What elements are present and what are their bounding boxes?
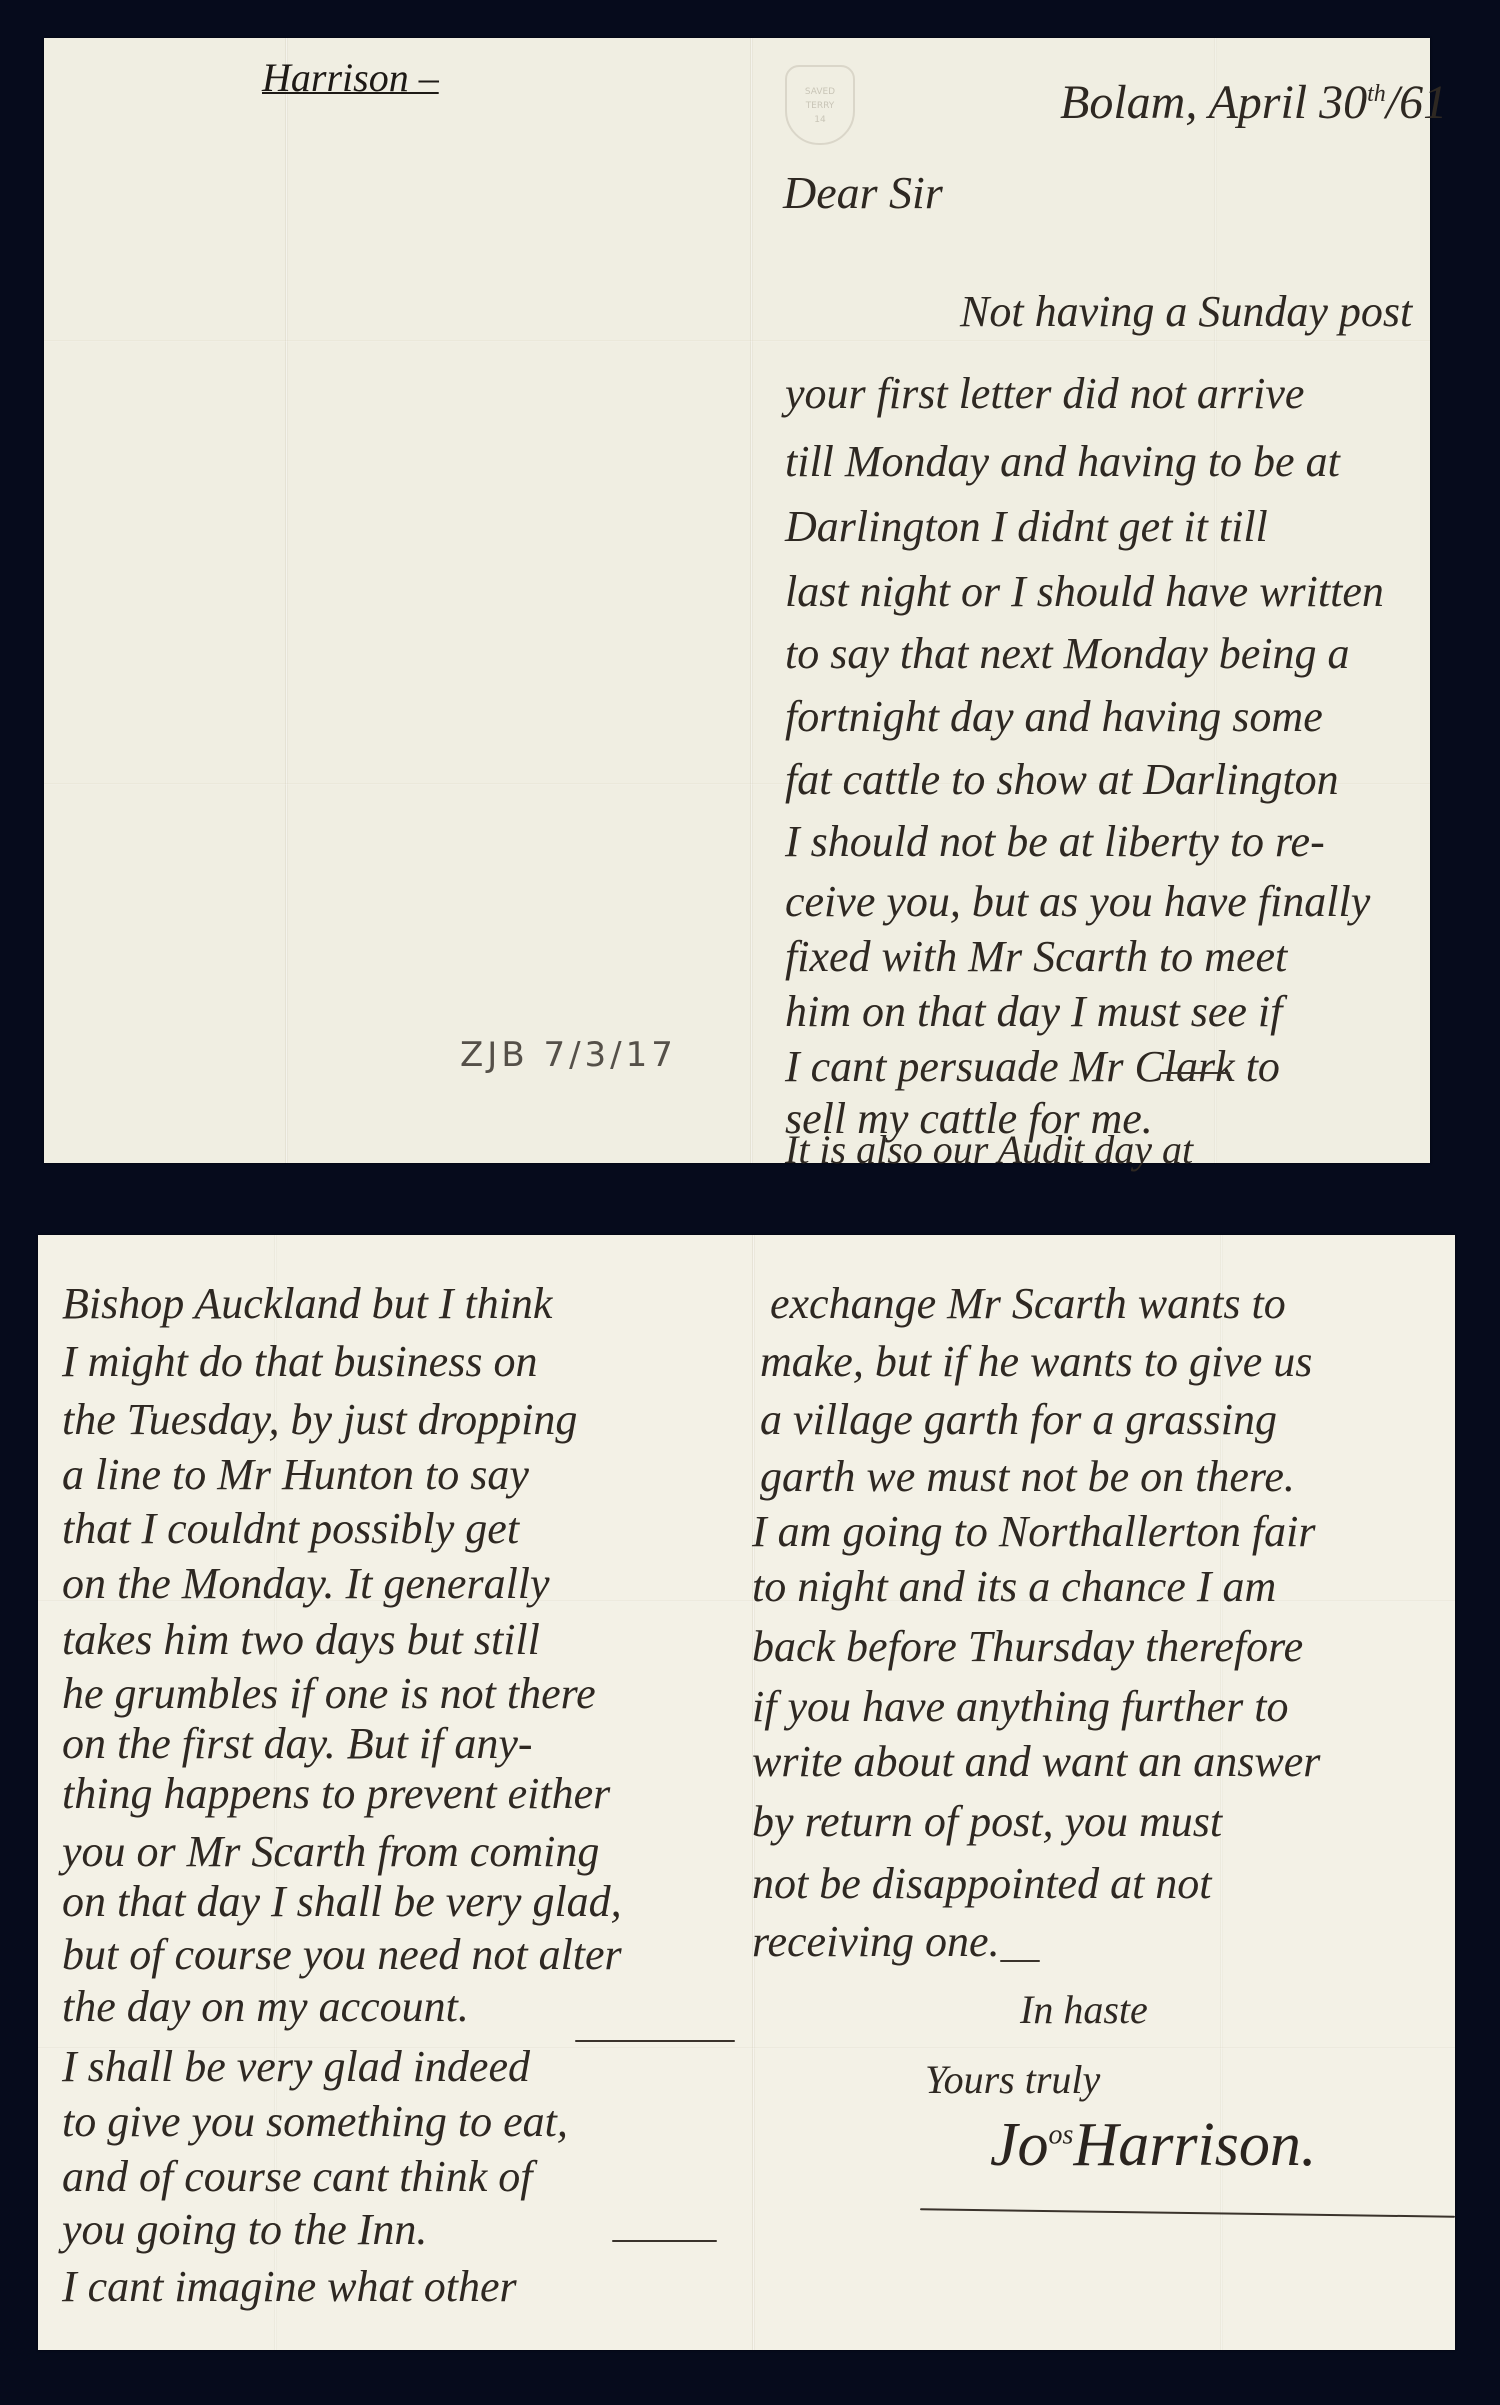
fold-crease [44, 340, 1430, 342]
emboss-text: 14 [787, 113, 853, 127]
text-line: I cant persuade Mr Clark to [785, 1045, 1280, 1089]
text-line: Bishop Auckland but I think [62, 1282, 552, 1326]
text-line: Darlington I didnt get it till [785, 505, 1268, 549]
center-fold-crease [752, 1235, 755, 2350]
text-line: you going to the Inn. [62, 2208, 427, 2252]
text-line: and of course cant think of [62, 2155, 533, 2199]
text-line: I am going to Northallerton fair [752, 1510, 1315, 1554]
text-line: on that day I shall be very glad, [62, 1880, 622, 1924]
text-line: make, but if he wants to give us [760, 1340, 1312, 1384]
text-line: I cant imagine what other [62, 2265, 517, 2309]
text-line: to night and its a chance I am [752, 1565, 1276, 1609]
text-line: I should not be at liberty to re- [785, 820, 1325, 864]
text-line: on the first day. But if any- [62, 1722, 533, 1766]
text-line: him on that day I must see if [785, 990, 1282, 1034]
text-line: a line to Mr Hunton to say [62, 1453, 529, 1497]
text-line: Not having a Sunday post [960, 290, 1412, 334]
text-line: to say that next Monday being a [785, 632, 1350, 676]
text-line: fixed with Mr Scarth to meet [785, 935, 1287, 979]
text-line: thing happens to prevent either [62, 1772, 610, 1816]
text-line: by return of post, you must [752, 1800, 1222, 1844]
text-line: write about and want an answer [752, 1740, 1320, 1784]
text-line: fat cattle to show at Darlington [785, 758, 1339, 802]
text-line: garth we must not be on there. [760, 1455, 1295, 1499]
signature: JoosHarrison. [990, 2110, 1316, 2181]
text-line: I might do that business on [62, 1340, 537, 1384]
closing-yours-truly: Yours truly [925, 2060, 1100, 2100]
text-line: the Tuesday, by just dropping [62, 1398, 577, 1442]
text-line: exchange Mr Scarth wants to [770, 1282, 1286, 1326]
emboss-text: SAVED [787, 85, 853, 99]
closing-in-haste: In haste [1020, 1990, 1148, 2030]
fold-crease [285, 38, 288, 1163]
text-line: your first letter did not arrive [785, 372, 1304, 416]
dash-rule [1160, 1072, 1230, 1074]
center-fold-crease [750, 38, 753, 1163]
docket-name: Harrison – [262, 54, 439, 101]
emboss-text: TERRY [787, 99, 853, 113]
dash-rule [612, 2240, 717, 2242]
text-line: receiving one. [752, 1920, 1000, 1964]
dash-rule [575, 2040, 735, 2042]
signature-initial: Jo [990, 2111, 1049, 2179]
text-line: he grumbles if one is not there [62, 1672, 596, 1716]
text-line: last night or I should have written [785, 570, 1384, 614]
text-line: ceive you, but as you have finally [785, 880, 1370, 924]
text-line: not be disappointed at not [752, 1862, 1212, 1906]
text-line: on the Monday. It generally [62, 1562, 550, 1606]
text-line: you or Mr Scarth from coming [62, 1830, 599, 1874]
text-line: to give you something to eat, [62, 2100, 568, 2144]
year: /61 [1386, 76, 1447, 129]
text-line: if you have anything further to [752, 1685, 1288, 1729]
text-line: the day on my account. [62, 1985, 469, 2029]
text-line: takes him two days but still [62, 1618, 540, 1662]
salutation: Dear Sir [783, 170, 943, 216]
place: Bolam, [1060, 76, 1197, 129]
text-line: a village garth for a grassing [760, 1398, 1277, 1442]
text-line: I shall be very glad indeed [62, 2045, 530, 2089]
signature-surname: Harrison. [1073, 2111, 1316, 2179]
text-line: that I couldnt possibly get [62, 1507, 519, 1551]
text-line: It is also our Audit day at [785, 1130, 1193, 1170]
text-line: back before Thursday therefore [752, 1625, 1303, 1669]
archive-pencil-note: ZJB 7/3/17 [460, 1035, 677, 1075]
text-line: till Monday and having to be at [785, 440, 1340, 484]
dash-rule [1000, 1960, 1040, 1962]
text-line: but of course you need not alter [62, 1933, 622, 1977]
embossed-stationer-stamp: SAVED TERRY 14 [785, 65, 855, 145]
date-suffix: th [1367, 81, 1386, 107]
text-line: fortnight day and having some [785, 695, 1323, 739]
dateline: Bolam, April 30th/61 [1060, 75, 1447, 130]
date: April 30 [1208, 76, 1367, 129]
signature-abbrev: os [1049, 2119, 1074, 2150]
